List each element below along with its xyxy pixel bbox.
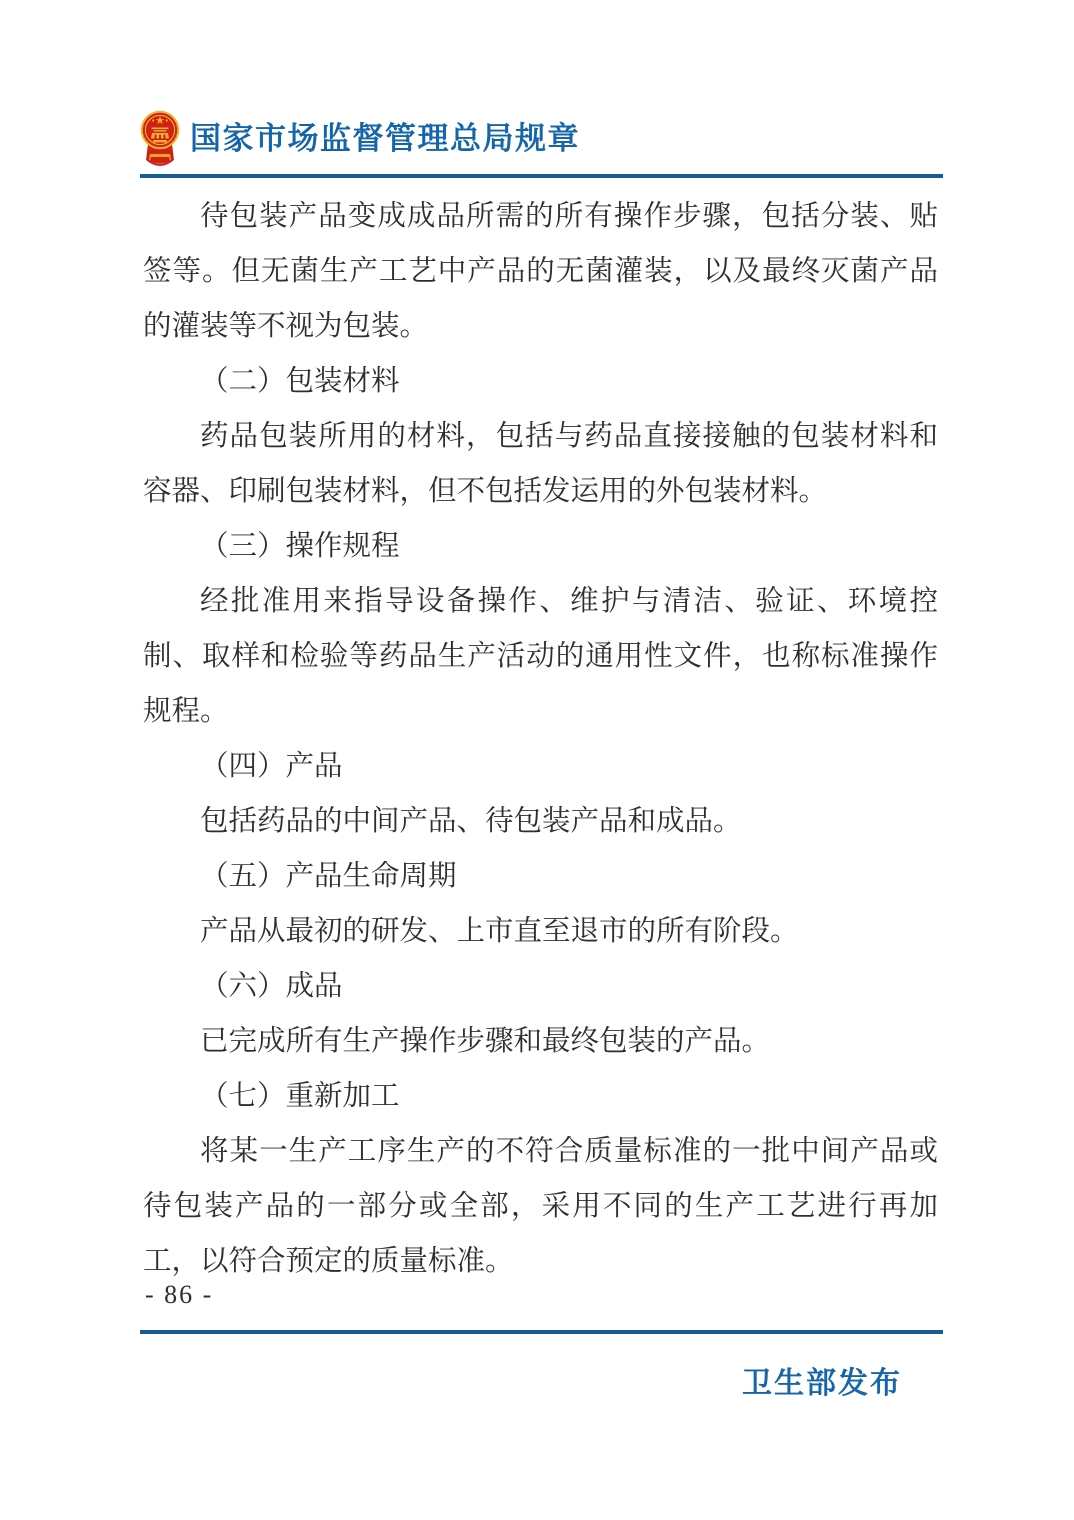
china-national-emblem-icon	[140, 110, 180, 167]
paragraph: 药品包装所用的材料，包括与药品直接接触的包装材料和容器、印刷包装材料，但不包括发…	[143, 409, 938, 519]
paragraph: 产品从最初的研发、上市直至退市的所有阶段。	[143, 904, 938, 959]
section-heading: （三）操作规程	[143, 519, 938, 574]
section-heading: （五）产品生命周期	[143, 849, 938, 904]
document-page: 国家市场监督管理总局规章 待包装产品变成成品所需的所有操作步骤，包括分装、贴签等…	[0, 0, 1074, 1520]
paragraph: 将某一生产工序生产的不符合质量标准的一批中间产品或待包装产品的一部分或全部，采用…	[143, 1124, 938, 1289]
page-number: - 86 -	[145, 1280, 213, 1310]
page-title: 国家市场监督管理总局规章	[190, 110, 580, 167]
section-heading: （四）产品	[143, 739, 938, 794]
section-heading: （七）重新加工	[143, 1069, 938, 1124]
paragraph: 经批准用来指导设备操作、维护与清洁、验证、环境控制、取样和检验等药品生产活动的通…	[143, 574, 938, 739]
header-rule	[140, 174, 943, 178]
publisher-label: 卫生部发布	[742, 1358, 902, 1402]
footer-rule	[140, 1330, 943, 1334]
section-heading: （六）成品	[143, 959, 938, 1014]
paragraph: 待包装产品变成成品所需的所有操作步骤，包括分装、贴签等。但无菌生产工艺中产品的无…	[143, 189, 938, 354]
page-header: 国家市场监督管理总局规章	[140, 110, 580, 167]
paragraph: 包括药品的中间产品、待包装产品和成品。	[143, 794, 938, 849]
document-body: 待包装产品变成成品所需的所有操作步骤，包括分装、贴签等。但无菌生产工艺中产品的无…	[143, 189, 938, 1289]
section-heading: （二）包装材料	[143, 354, 938, 409]
paragraph: 已完成所有生产操作步骤和最终包装的产品。	[143, 1014, 938, 1069]
